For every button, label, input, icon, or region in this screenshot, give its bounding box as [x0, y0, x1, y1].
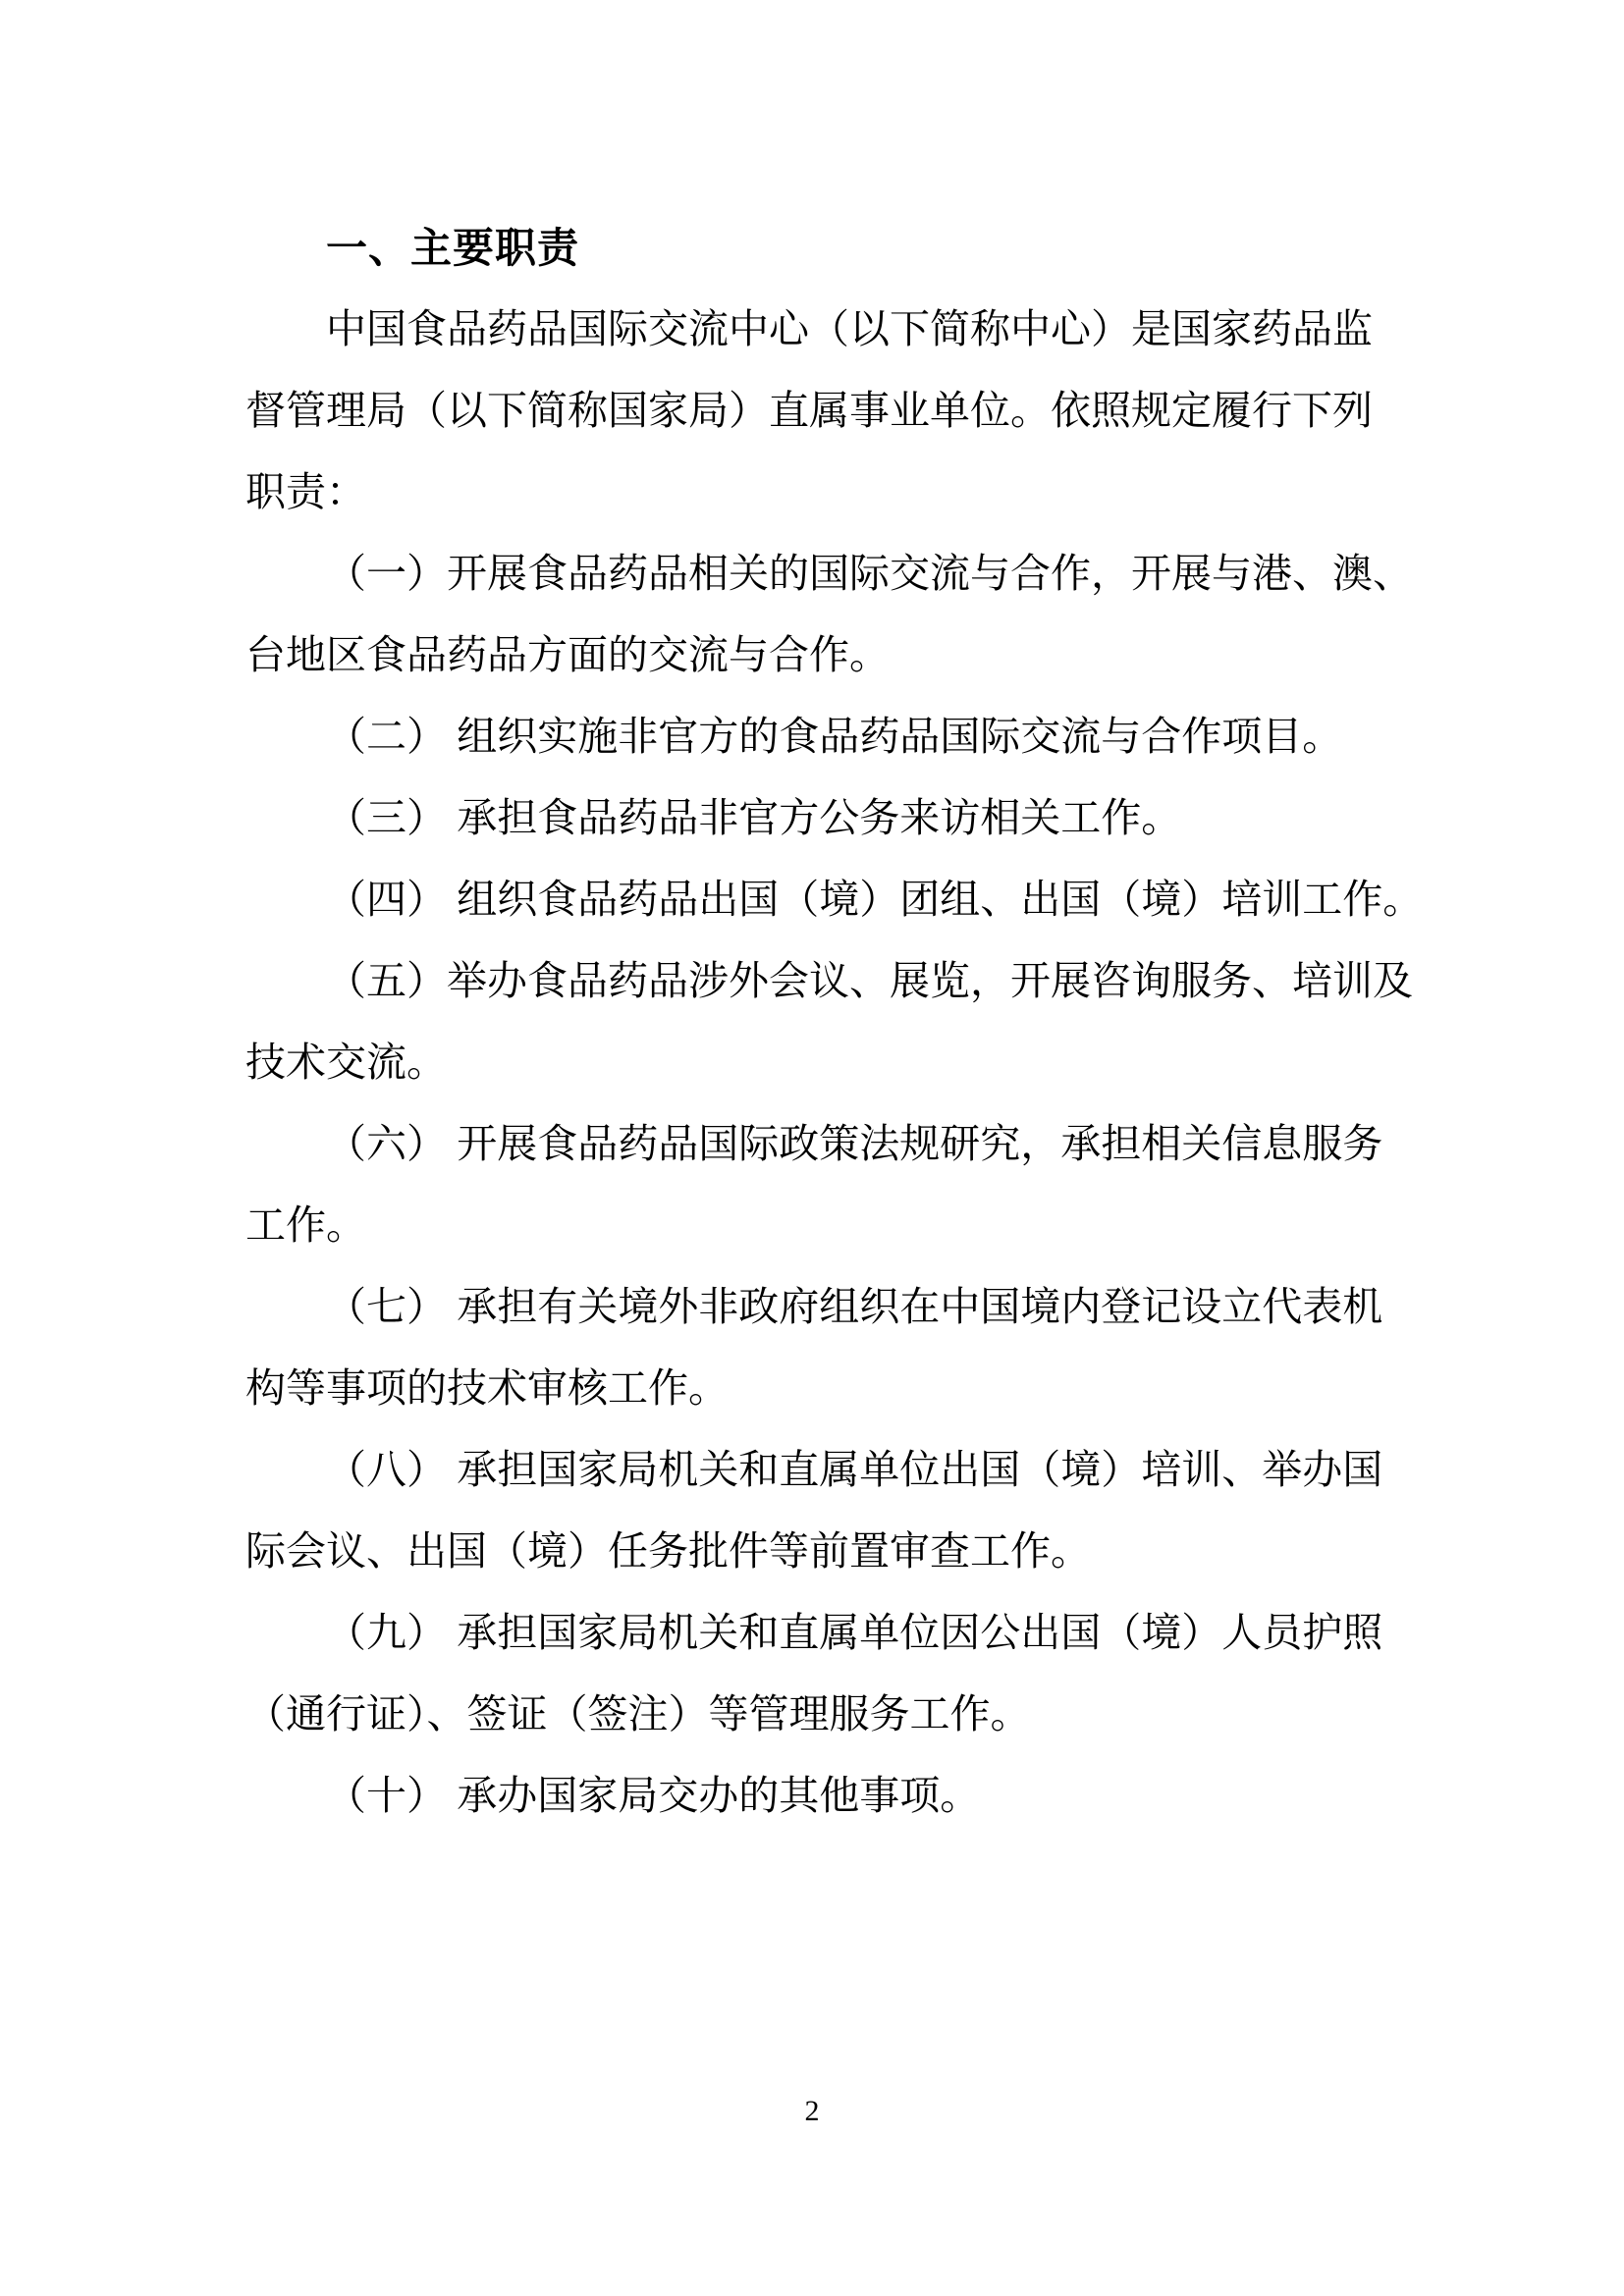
- page-number: 2: [0, 2095, 1624, 2128]
- text-line: （五）举办食品药品涉外会议、展览，开展咨询服务、培训及: [245, 940, 1394, 1022]
- text-line: 工作。: [245, 1185, 1394, 1266]
- text-line: （七） 承担有关境外非政府组织在中国境内登记设立代表机: [245, 1266, 1394, 1348]
- text-line: （九） 承担国家局机关和直属单位因公出国（境）人员护照: [245, 1592, 1394, 1674]
- text-line: （八） 承担国家局机关和直属单位出国（境）培训、举办国: [245, 1429, 1394, 1511]
- text-line: 督管理局（以下简称国家局）直属事业单位。依照规定履行下列: [245, 370, 1394, 452]
- text-line: （四） 组织食品药品出国（境）团组、出国（境）培训工作。: [245, 859, 1394, 940]
- document-page: 一、主要职责 中国食品药品国际交流中心（以下简称中心）是国家药品监督管理局（以下…: [0, 0, 1624, 2296]
- text-line: （一）开展食品药品相关的国际交流与合作，开展与港、澳、: [245, 533, 1394, 614]
- text-line: （六） 开展食品药品国际政策法规研究，承担相关信息服务: [245, 1103, 1394, 1185]
- text-line: （二） 组织实施非官方的食品药品国际交流与合作项目。: [245, 696, 1394, 777]
- text-line: 技术交流。: [245, 1022, 1394, 1103]
- text-line: （三） 承担食品药品非官方公务来访相关工作。: [245, 777, 1394, 859]
- text-line: 构等事项的技术审核工作。: [245, 1348, 1394, 1429]
- section-heading: 一、主要职责: [245, 207, 1394, 289]
- body-lines: 中国食品药品国际交流中心（以下简称中心）是国家药品监督管理局（以下简称国家局）直…: [245, 289, 1394, 1837]
- text-line: 台地区食品药品方面的交流与合作。: [245, 614, 1394, 696]
- text-line: 际会议、出国（境）任务批件等前置审查工作。: [245, 1511, 1394, 1592]
- text-line: 职责：: [245, 452, 1394, 533]
- text-line: （通行证）、签证（签注）等管理服务工作。: [245, 1674, 1394, 1755]
- document-content: 一、主要职责 中国食品药品国际交流中心（以下简称中心）是国家药品监督管理局（以下…: [245, 207, 1394, 1837]
- text-line: （十） 承办国家局交办的其他事项。: [245, 1755, 1394, 1837]
- text-line: 中国食品药品国际交流中心（以下简称中心）是国家药品监: [245, 289, 1394, 370]
